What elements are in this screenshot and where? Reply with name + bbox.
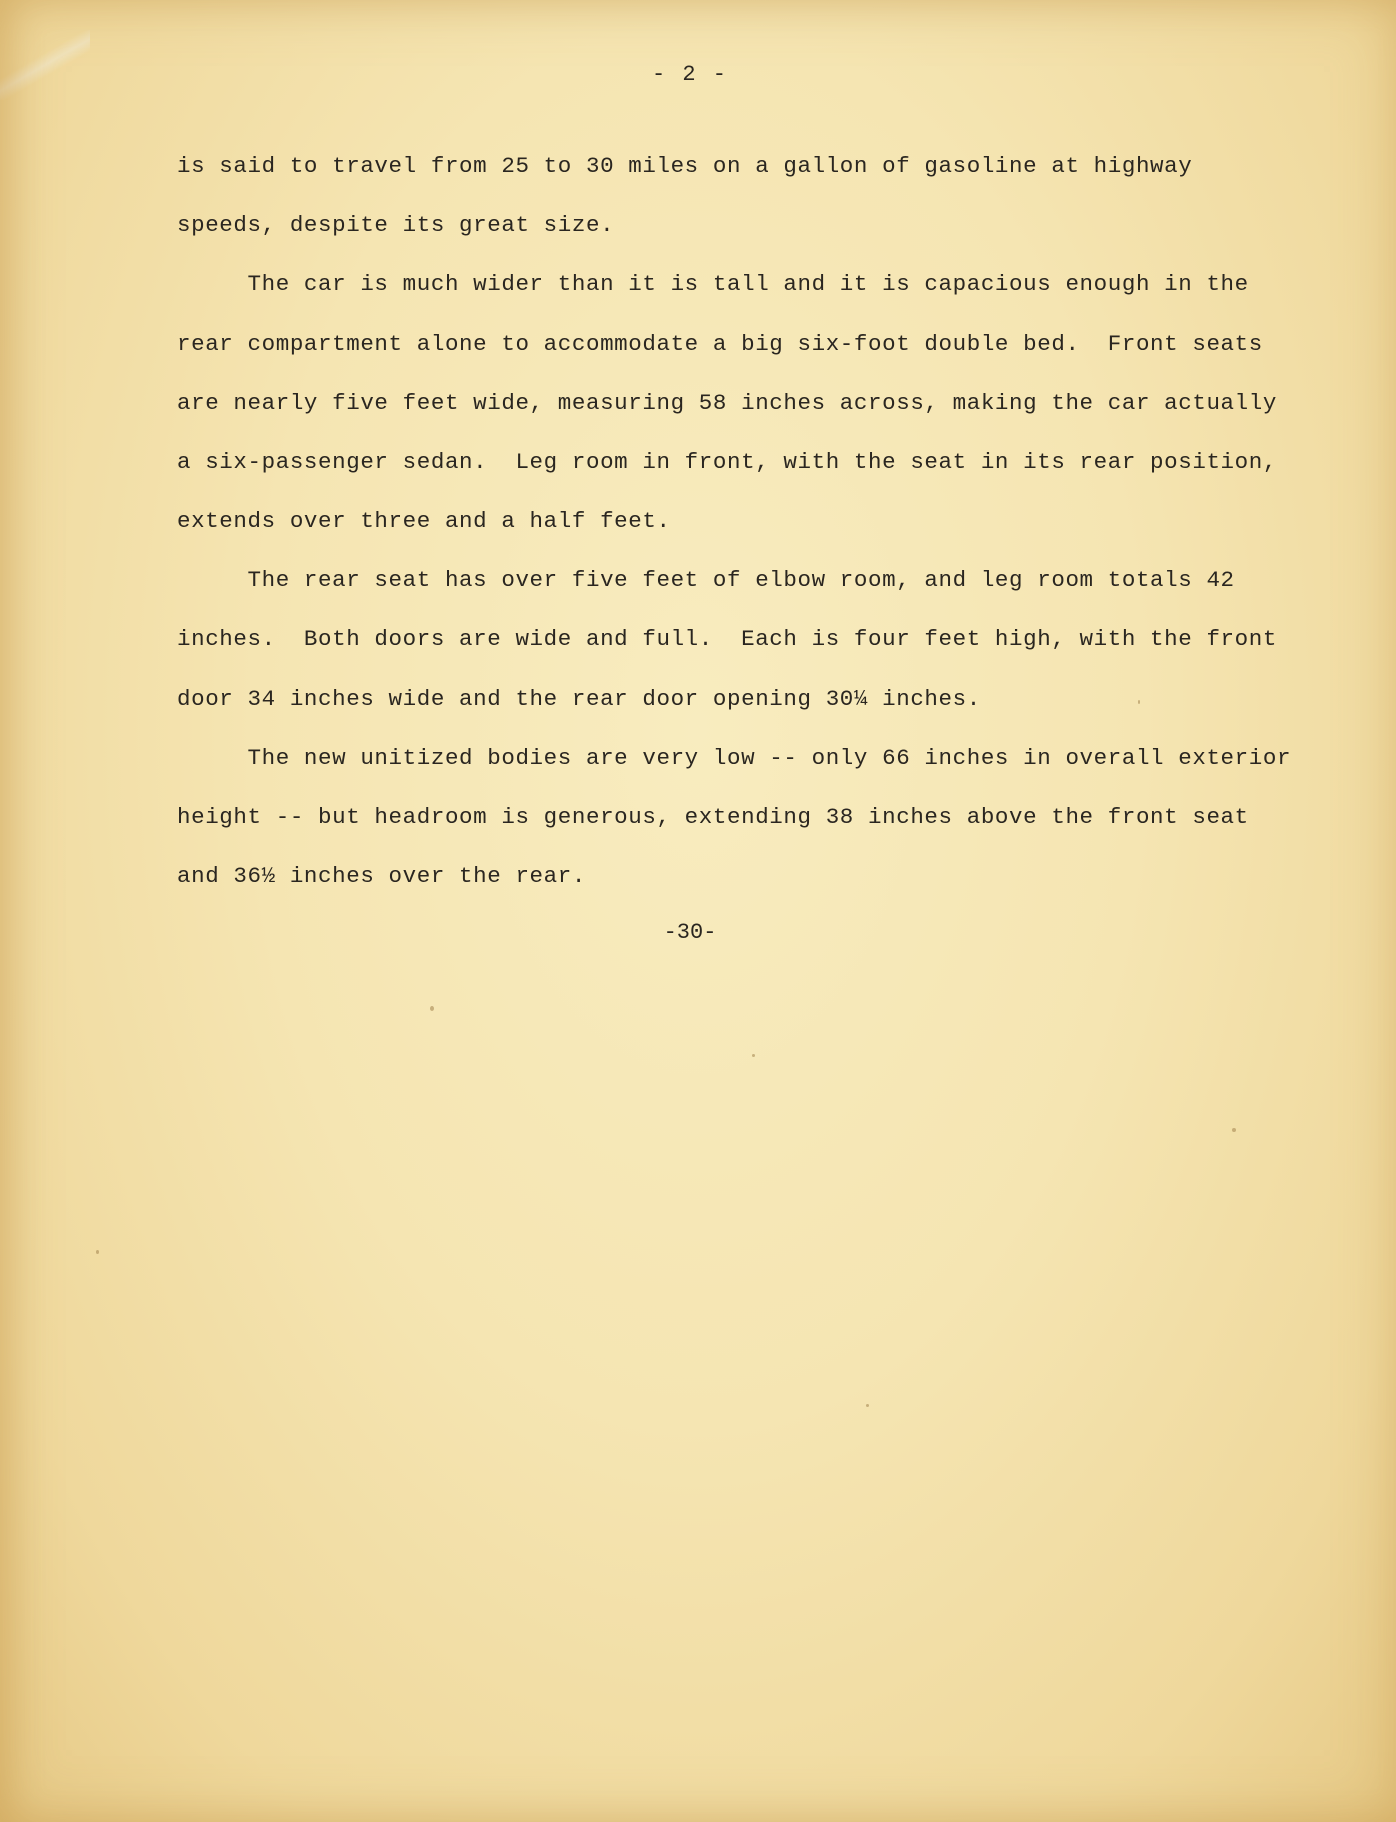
text-line: is said to travel from 25 to 30 miles on… (177, 152, 1192, 180)
text-line: The rear seat has over five feet of elbo… (177, 566, 1235, 594)
text-line: rear compartment alone to accommodate a … (177, 330, 1263, 358)
paper-speck (1232, 1128, 1236, 1132)
paper-speck (1138, 700, 1140, 704)
text-line: and 36½ inches over the rear. (177, 862, 586, 890)
document-page: - 2 - is said to travel from 25 to 30 mi… (0, 0, 1396, 1822)
paper-speck (96, 1250, 99, 1254)
end-mark: -30- (0, 920, 1380, 945)
text-line: are nearly five feet wide, measuring 58 … (177, 389, 1277, 417)
paper-speck (430, 1006, 434, 1011)
paper-speck (866, 1404, 869, 1407)
text-line: The car is much wider than it is tall an… (177, 270, 1249, 298)
paper-speck (752, 1054, 755, 1057)
text-line: extends over three and a half feet. (177, 507, 671, 535)
text-line: inches. Both doors are wide and full. Ea… (177, 625, 1277, 653)
page-number: - 2 - (0, 62, 1380, 87)
text-line: speeds, despite its great size. (177, 211, 614, 239)
text-line: door 34 inches wide and the rear door op… (177, 685, 981, 713)
text-line: The new unitized bodies are very low -- … (177, 744, 1291, 772)
text-line: a six-passenger sedan. Leg room in front… (177, 448, 1277, 476)
text-line: height -- but headroom is generous, exte… (177, 803, 1249, 831)
